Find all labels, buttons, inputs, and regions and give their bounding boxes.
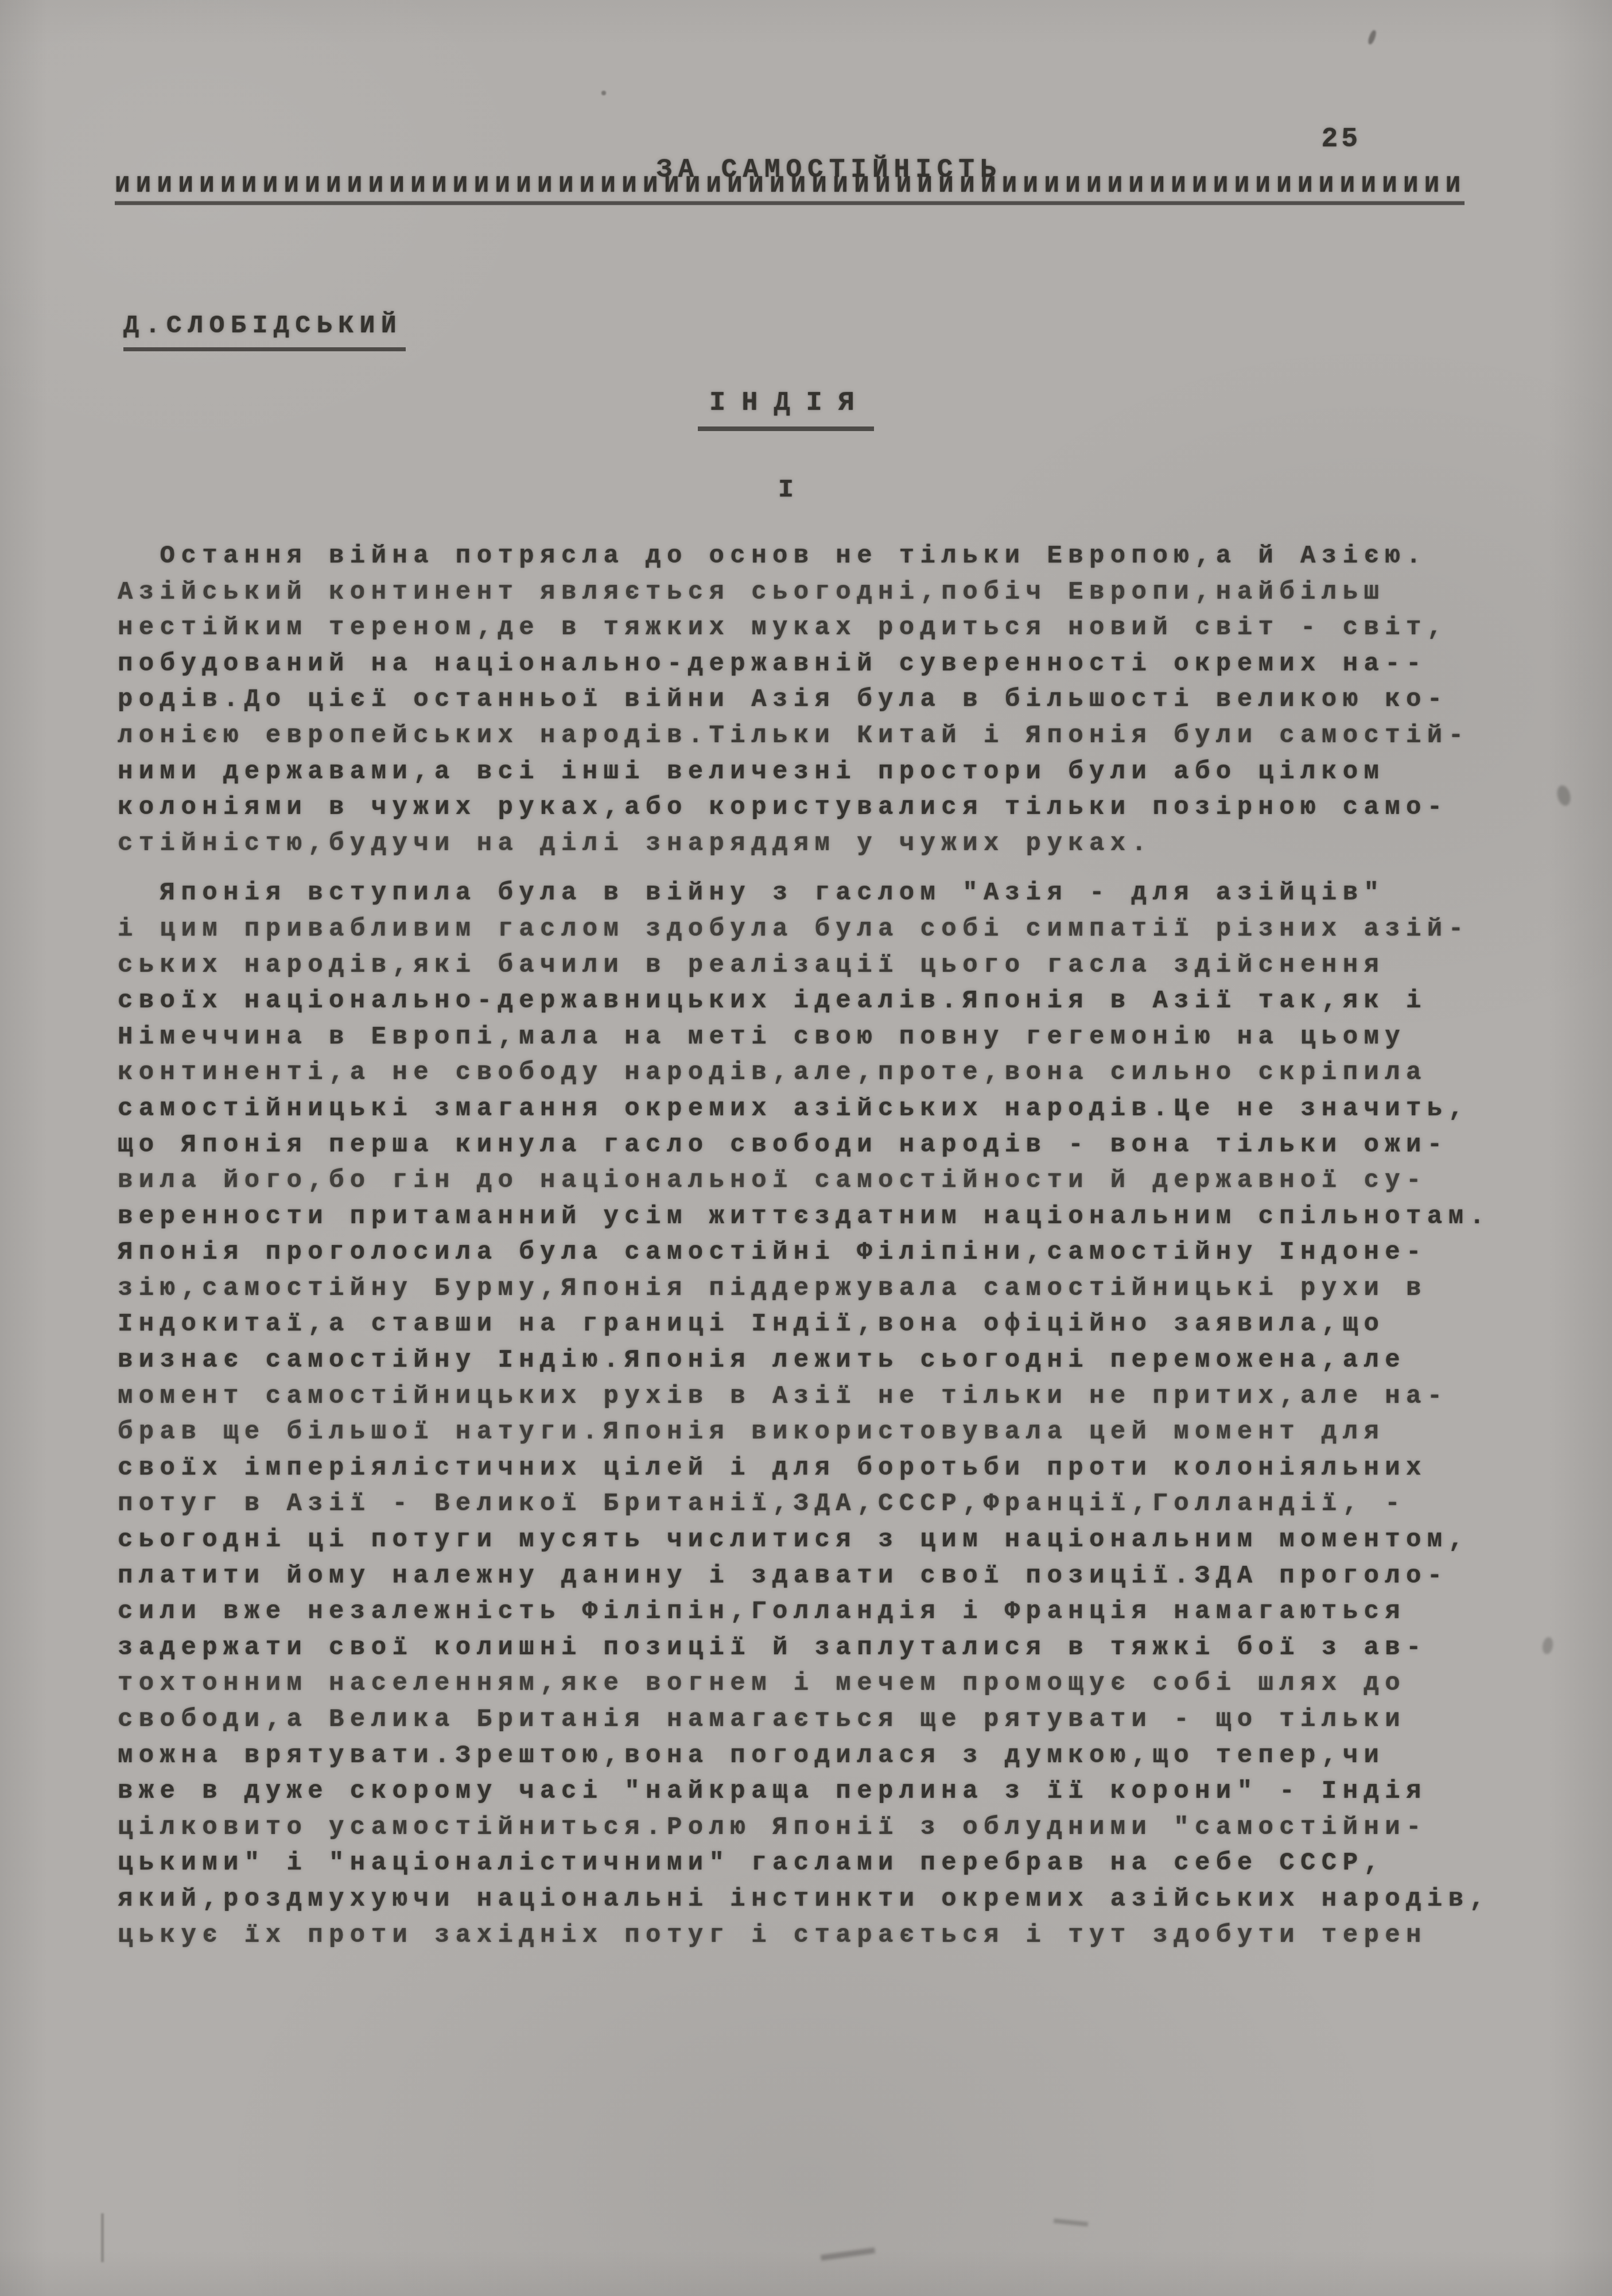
scan-artifact xyxy=(1541,1636,1555,1655)
text-line: Японія вступила була в війну з гаслом "А… xyxy=(118,875,1526,912)
article-title-row: ІНДІЯ xyxy=(0,388,1572,431)
scan-artifact xyxy=(1054,2219,1089,2227)
text-line: своїх національно-державницьких ідеалів.… xyxy=(118,983,1526,1019)
text-line: сьогодні ці потуги мусять числитися з ци… xyxy=(118,1522,1526,1558)
text-line: момент самостійницьких рухів в Азії не т… xyxy=(118,1379,1526,1415)
text-line: побудований на національно-державній сув… xyxy=(118,646,1526,682)
text-line: задержати свої колишні позиції й заплута… xyxy=(118,1630,1526,1666)
text-line: свободи,а Велика Британія намагається ще… xyxy=(118,1702,1526,1738)
text-line: який,роздмухуючи національні інстинкти о… xyxy=(118,1882,1526,1918)
article-title: ІНДІЯ xyxy=(698,388,874,431)
text-line: цькими" і "націоналістичними" гаслами пе… xyxy=(118,1845,1526,1882)
text-line: стійністю,будучи на ділі знаряддям у чуж… xyxy=(118,826,1526,862)
text-line: Німеччина в Европі,мала на меті свою пов… xyxy=(118,1019,1526,1056)
text-line: цілковито усамостійниться.Ролю Японії з … xyxy=(118,1810,1526,1846)
text-line: платити йому належну данину і здавати св… xyxy=(118,1558,1526,1595)
text-line: цькує їх проти західніх потуг і стараєть… xyxy=(118,1918,1526,1954)
text-line: вже в дуже скорому часі "найкраща перлин… xyxy=(118,1774,1526,1810)
article-body: Остання війна потрясла до основ не тільк… xyxy=(118,538,1526,1953)
scanned-page: ЗА САМОСТІЙНІСТЬ 25 ИИИИИИИИИИИИИИИИИИИИ… xyxy=(0,0,1612,2296)
text-line: своїх імперіялістичних цілей і для борот… xyxy=(118,1450,1526,1487)
text-line: Азійський континент являється сьогодні,п… xyxy=(118,575,1526,611)
text-line: ських народів,які бачили в реалізації ць… xyxy=(118,948,1526,984)
text-line: родів.До цієї останньої війни Азія була … xyxy=(118,682,1526,718)
scan-artifact xyxy=(101,2213,104,2262)
text-line: зію,самостійну Бурму,Японія піддержувала… xyxy=(118,1271,1526,1307)
text-line: брав ще більшої натуги.Японія використов… xyxy=(118,1414,1526,1450)
text-line: Остання війна потрясла до основ не тільк… xyxy=(118,538,1526,575)
text-line: ними державами,а всі інші величезні прос… xyxy=(118,754,1526,790)
text-line: потуг в Азії - Великої Британії,ЗДА,СССР… xyxy=(118,1486,1526,1522)
text-line: і цим привабливим гаслом здобула була со… xyxy=(118,912,1526,948)
text-line: континенті,а не свободу народів,але,прот… xyxy=(118,1055,1526,1091)
text-line: Японія проголосила була самостійні Філіп… xyxy=(118,1235,1526,1271)
page-number: 25 xyxy=(1321,124,1361,155)
scan-artifact xyxy=(821,2247,875,2260)
text-line: тохтонним населенням,яке вогнем і мечем … xyxy=(118,1666,1526,1702)
text-line: що Японія перша кинула гасло свободи нар… xyxy=(118,1127,1526,1163)
section-number: І xyxy=(778,475,794,505)
text-line: колоніями в чужих руках,або користувалис… xyxy=(118,790,1526,826)
text-line: вила його,бо гін до національної самості… xyxy=(118,1163,1526,1199)
text-line: можна врятувати.Зрештою,вона погодилася … xyxy=(118,1738,1526,1774)
text-line: визнає самостійну Індію.Японія лежить сь… xyxy=(118,1343,1526,1379)
section-number-row: І xyxy=(0,475,1572,505)
text-line: сили вже незалежність Філіпін,Голландія … xyxy=(118,1594,1526,1630)
typed-divider-rule: ИИИИИИИИИИИИИИИИИИИИИИИИИИИИИИИИИИИИИИИИ… xyxy=(115,172,1465,205)
scan-artifact xyxy=(601,91,606,95)
author-byline: Д.СЛОБІДСЬКИЙ xyxy=(123,311,406,351)
text-line: лонією европейських народів.Тільки Китай… xyxy=(118,718,1526,754)
scan-artifact xyxy=(1555,784,1572,807)
text-line: нестійким тереном,де в тяжких муках роди… xyxy=(118,610,1526,646)
paragraph-intro: Остання війна потрясла до основ не тільк… xyxy=(118,538,1526,862)
scan-artifact xyxy=(1367,29,1377,45)
text-line: самостійницькі змагання окремих азійськи… xyxy=(118,1091,1526,1127)
text-line: веренности притаманний усім життєздатним… xyxy=(118,1199,1526,1235)
paragraph-japan: Японія вступила була в війну з гаслом "А… xyxy=(118,875,1526,1953)
text-line: Індокитаї,а ставши на границі Індії,вона… xyxy=(118,1306,1526,1343)
